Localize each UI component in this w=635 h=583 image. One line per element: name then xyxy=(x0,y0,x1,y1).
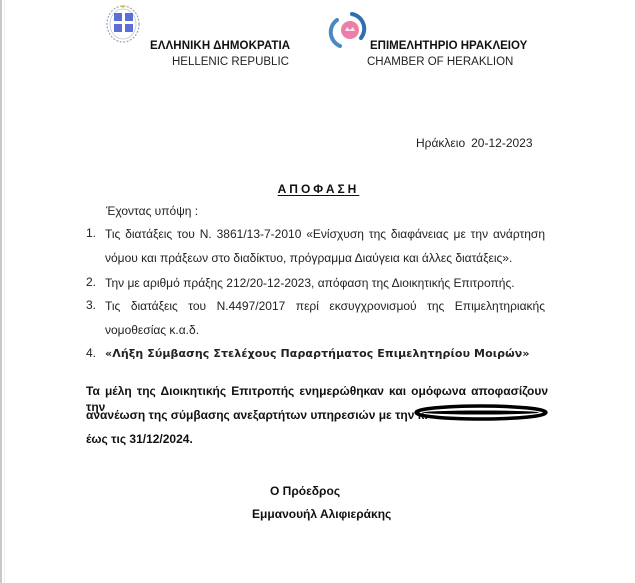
list-item-line: νόμου και πράξεων στο διαδίκτυο, πρόγραμ… xyxy=(105,250,545,274)
date-place: Ηράκλειο xyxy=(416,136,465,150)
list-item-number: 1. xyxy=(86,226,104,240)
date-value: 20-12-2023 xyxy=(471,136,532,150)
intro-text: Έχοντας υπόψη : xyxy=(106,204,198,218)
decision-line: έως τις 31/12/2024. xyxy=(86,431,548,455)
list-item-number: 4. xyxy=(86,346,104,360)
list-item-number: 3. xyxy=(86,298,104,312)
list-item-number: 2. xyxy=(86,275,104,289)
header-left-subtitle: HELLENIC REPUBLIC xyxy=(172,56,289,68)
document-date: Ηράκλειο20-12-2023 xyxy=(416,136,533,150)
redaction-mark xyxy=(413,404,549,421)
greek-coat-of-arms-icon xyxy=(100,4,146,44)
header-right-subtitle: CHAMBER OF HERAKLION xyxy=(367,56,513,68)
document-title: ΑΠΟΦΑΣΗ xyxy=(0,180,635,198)
list-item-line: Τις διατάξεις του Ν.4497/2017 περί εκσυγ… xyxy=(105,298,545,322)
list-item-line: Την με αριθμό πράξης 212/20-12-2023, από… xyxy=(105,275,545,299)
page-left-edge xyxy=(0,0,2,583)
header-left-title: ΕΛΛΗΝΙΚΗ ΔΗΜΟΚΡΑΤΙΑ xyxy=(150,40,290,52)
list-item-line: νομοθεσίας κ.α.δ. xyxy=(105,322,545,346)
signature-name: Εμμανουήλ Αλιφιεράκης xyxy=(252,507,391,521)
signature-role: Ο Πρόεδρος xyxy=(270,484,340,498)
list-item-line: Τις διατάξεις του Ν. 3861/13-7-2010 «Ενί… xyxy=(105,226,545,250)
page-left-edge-shadow xyxy=(4,0,5,583)
header-right-title: ΕΠΙΜΕΛΗΤΗΡΙΟ ΗΡΑΚΛΕΙΟΥ xyxy=(370,40,527,52)
list-item-line: «Λήξη Σύμβασης Στελέχους Παραρτήματος Επ… xyxy=(105,346,545,370)
chamber-of-heraklion-logo-icon xyxy=(328,10,370,50)
document-title-text: ΑΠΟΦΑΣΗ xyxy=(278,182,360,196)
